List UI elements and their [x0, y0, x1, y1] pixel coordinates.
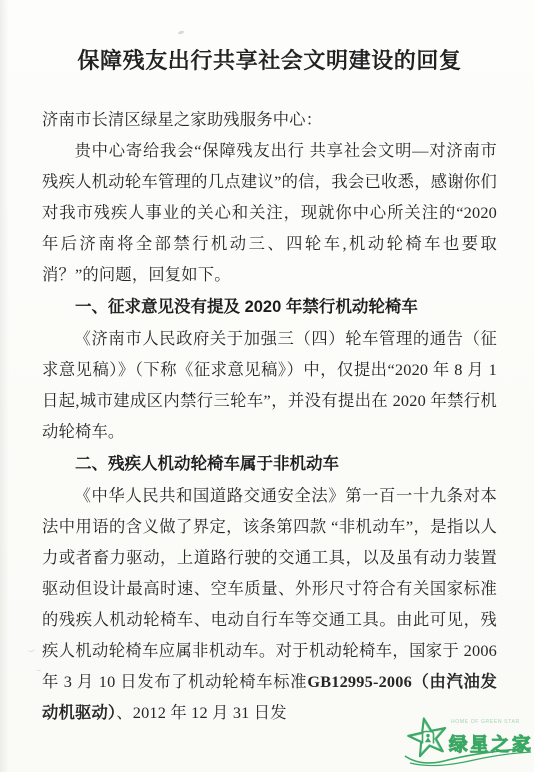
section-1-heading: 一、征求意见没有提及 2020 年禁行机动轮椅车	[42, 292, 497, 323]
scanned-letter-page: 保障残友出行共享社会文明建设的回复 济南市长清区绿星之家助残服务中心： 贵中心寄…	[0, 0, 534, 772]
intro-paragraph: 贵中心寄给我会“保障残友出行 共享社会文明—对济南市残疾人机动轮车管理的几点建议…	[42, 135, 497, 290]
scan-edge-shading	[0, 0, 9, 772]
document-title: 保障残友出行共享社会文明建设的回复	[42, 44, 497, 78]
section-2-text-tail: 、2012 年 12 月 31 日发	[116, 703, 286, 722]
green-star-logo-graphic: HOME OF GREEN STAR 绿星之家	[404, 708, 532, 770]
scan-mark	[26, 644, 35, 653]
scan-mark	[37, 667, 42, 672]
logo-subtitle-en: HOME OF GREEN STAR	[451, 719, 520, 725]
section-2-paragraph: 《中华人民共和国道路交通安全法》第一百一十九条对本法中用语的含义做了界定，该条第…	[42, 480, 497, 728]
scan-speck	[178, 30, 184, 34]
green-star-icon	[408, 718, 445, 756]
recipient-line: 济南市长清区绿星之家助残服务中心：	[42, 104, 497, 135]
section-2-text: 《中华人民共和国道路交通安全法》第一百一十九条对本法中用语的含义做了界定，该条第…	[42, 486, 497, 691]
green-star-logo: HOME OF GREEN STAR 绿星之家	[404, 708, 532, 770]
section-2-heading: 二、残疾人机动轮椅车属于非机动车	[42, 449, 497, 480]
logo-title-cn: 绿星之家	[449, 734, 532, 755]
section-1-paragraph: 《济南市人民政府关于加强三（四）轮车管理的通告（征求意见稿）》（下称《征求意见稿…	[42, 323, 497, 447]
